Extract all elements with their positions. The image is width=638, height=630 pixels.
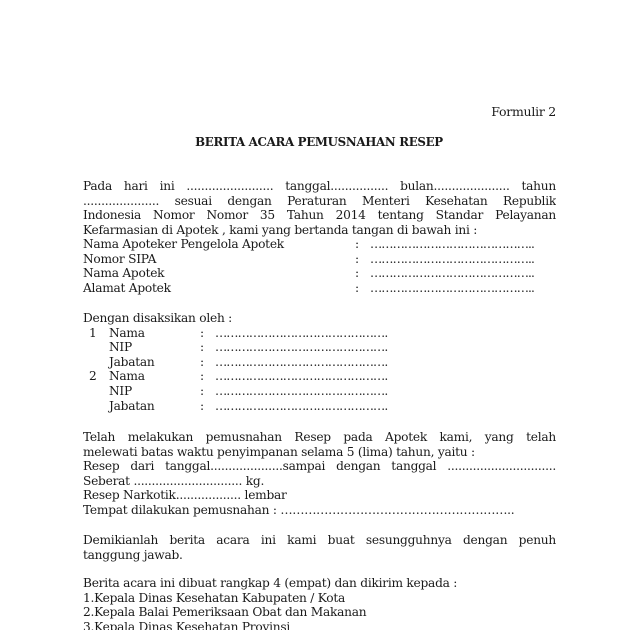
- witness-label: Nama: [109, 369, 145, 384]
- destruction-line: Resep Narkotik.................. lembar: [83, 488, 556, 503]
- witness-colon: :: [200, 326, 204, 341]
- destruction-line: melewati batas waktu penyimpanan selama …: [83, 445, 556, 460]
- witness-heading: Dengan disaksikan oleh :: [83, 311, 556, 326]
- field-label: Nama Apotek: [83, 266, 164, 281]
- field-row-sipa: Nomor SIPA : ……………………………………..: [83, 252, 556, 267]
- witness-row: Jabatan : ……………………………………….: [83, 355, 556, 370]
- closing-line: Demikianlah berita acara ini kami buat s…: [83, 533, 556, 548]
- distribution-item: 1.Kepala Dinas Kesehatan Kabupaten / Kot…: [83, 591, 556, 606]
- distribution-section: Berita acara ini dibuat rangkap 4 (empat…: [83, 576, 556, 630]
- witness-label: Nama: [109, 326, 145, 341]
- witness-colon: :: [200, 340, 204, 355]
- form-label: Formulir 2: [491, 105, 556, 120]
- field-colon: :: [355, 237, 359, 252]
- field-label: Nomor SIPA: [83, 252, 156, 267]
- field-row-alamat-apotek: Alamat Apotek : ……………………………………..: [83, 281, 556, 296]
- witness-row: NIP : ……………………………………….: [83, 384, 556, 399]
- closing-line: tanggung jawab.: [83, 548, 556, 563]
- field-blank: ……………………………………..: [370, 237, 534, 252]
- field-label: Nama Apoteker Pengelola Apotek: [83, 237, 284, 252]
- document-page: Formulir 2 BERITA ACARA PEMUSNAHAN RESEP…: [0, 0, 638, 630]
- intro-line: ..................... sesuai dengan Pera…: [83, 194, 556, 209]
- witness-label: Jabatan: [109, 355, 154, 370]
- distribution-heading: Berita acara ini dibuat rangkap 4 (empat…: [83, 576, 556, 591]
- field-colon: :: [355, 252, 359, 267]
- witness-row: 2 Nama : ……………………………………….: [83, 369, 556, 384]
- witness-label: NIP: [109, 384, 132, 399]
- field-colon: :: [355, 281, 359, 296]
- witness-blank: ……………………………………….: [215, 369, 387, 384]
- distribution-item: 3.Kepala Dinas Kesehatan Provinsi: [83, 620, 556, 630]
- destruction-line: Tempat dilakukan pemusnahan : ……………………………: [83, 503, 556, 518]
- witness-number: 1: [89, 326, 97, 341]
- witness-colon: :: [200, 384, 204, 399]
- destruction-line: Resep dari tanggal....................sa…: [83, 459, 556, 474]
- witness-colon: :: [200, 399, 204, 414]
- intro-paragraph: Pada hari ini ........................ t…: [83, 179, 556, 237]
- witness-row: NIP : ……………………………………….: [83, 340, 556, 355]
- witness-blank: ……………………………………….: [215, 399, 387, 414]
- intro-line: Kefarmasian di Apotek , kami yang bertan…: [83, 223, 556, 238]
- witness-label: NIP: [109, 340, 132, 355]
- field-blank: ……………………………………..: [370, 266, 534, 281]
- witness-section: Dengan disaksikan oleh : 1 Nama : …………………: [83, 311, 556, 413]
- intro-line: Indonesia Nomor Nomor 35 Tahun 2014 tent…: [83, 208, 556, 223]
- witness-row: Jabatan : ……………………………………….: [83, 399, 556, 414]
- closing-paragraph: Demikianlah berita acara ini kami buat s…: [83, 533, 556, 562]
- destruction-paragraph: Telah melakukan pemusnahan Resep pada Ap…: [83, 430, 556, 518]
- field-blank: ……………………………………..: [370, 281, 534, 296]
- field-row-apoteker: Nama Apoteker Pengelola Apotek : ……………………: [83, 237, 556, 252]
- witness-colon: :: [200, 355, 204, 370]
- witness-blank: ……………………………………….: [215, 355, 387, 370]
- witness-label: Jabatan: [109, 399, 154, 414]
- distribution-item: 2.Kepala Balai Pemeriksaan Obat dan Maka…: [83, 605, 556, 620]
- field-row-nama-apotek: Nama Apotek : ……………………………………..: [83, 266, 556, 281]
- witness-colon: :: [200, 369, 204, 384]
- pharmacist-fields: Nama Apoteker Pengelola Apotek : ……………………: [83, 237, 556, 295]
- witness-blank: ……………………………………….: [215, 384, 387, 399]
- field-colon: :: [355, 266, 359, 281]
- destruction-line: Seberat .............................. k…: [83, 474, 556, 489]
- witness-row: 1 Nama : ……………………………………….: [83, 326, 556, 341]
- field-label: Alamat Apotek: [83, 281, 171, 296]
- destruction-line: Telah melakukan pemusnahan Resep pada Ap…: [83, 430, 556, 445]
- witness-blank: ……………………………………….: [215, 326, 387, 341]
- witness-blank: ……………………………………….: [215, 340, 387, 355]
- intro-line: Pada hari ini ........................ t…: [83, 179, 556, 194]
- document-title: BERITA ACARA PEMUSNAHAN RESEP: [0, 135, 638, 150]
- field-blank: ……………………………………..: [370, 252, 534, 267]
- witness-number: 2: [89, 369, 97, 384]
